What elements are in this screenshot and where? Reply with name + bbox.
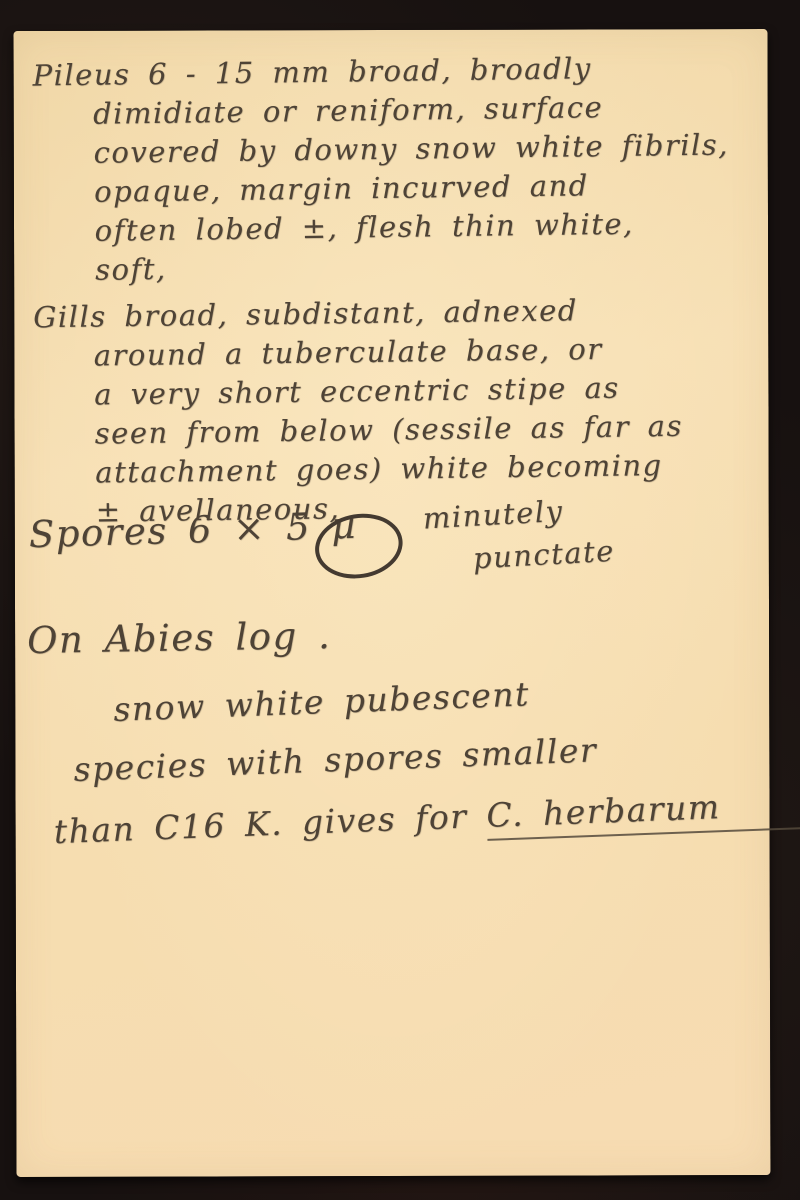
note-card: Pileus 6 - 15 mm broad, broadly dimidiat…: [14, 29, 771, 1177]
handwritten-line: snow white pubescent: [113, 674, 531, 729]
substrate-line: On Abies log .: [27, 614, 332, 662]
handwritten-line: than C16 K. gives for C. herbarum: [53, 784, 800, 852]
handwritten-line: covered by downy snow white fibrils,: [93, 125, 729, 172]
handwritten-line: species with spores smaller: [73, 730, 598, 789]
handwritten-line: soft,: [95, 242, 731, 289]
spores-measurement: Spores 6 × 5 µ: [28, 504, 357, 556]
species-reference-underlined: C. herbarum: [486, 784, 800, 841]
comment-text: than C16 K. gives for: [53, 796, 487, 851]
pileus-paragraph: Pileus 6 - 15 mm broad, broadly dimidiat…: [32, 47, 730, 290]
handwritten-line: attachment goes) white becoming: [95, 446, 684, 493]
gills-paragraph: Gills broad, subdistant, adnexed around …: [33, 290, 684, 532]
spore-ornamentation-note: punctate: [472, 534, 616, 576]
spore-ornamentation-note: minutely: [422, 494, 564, 536]
